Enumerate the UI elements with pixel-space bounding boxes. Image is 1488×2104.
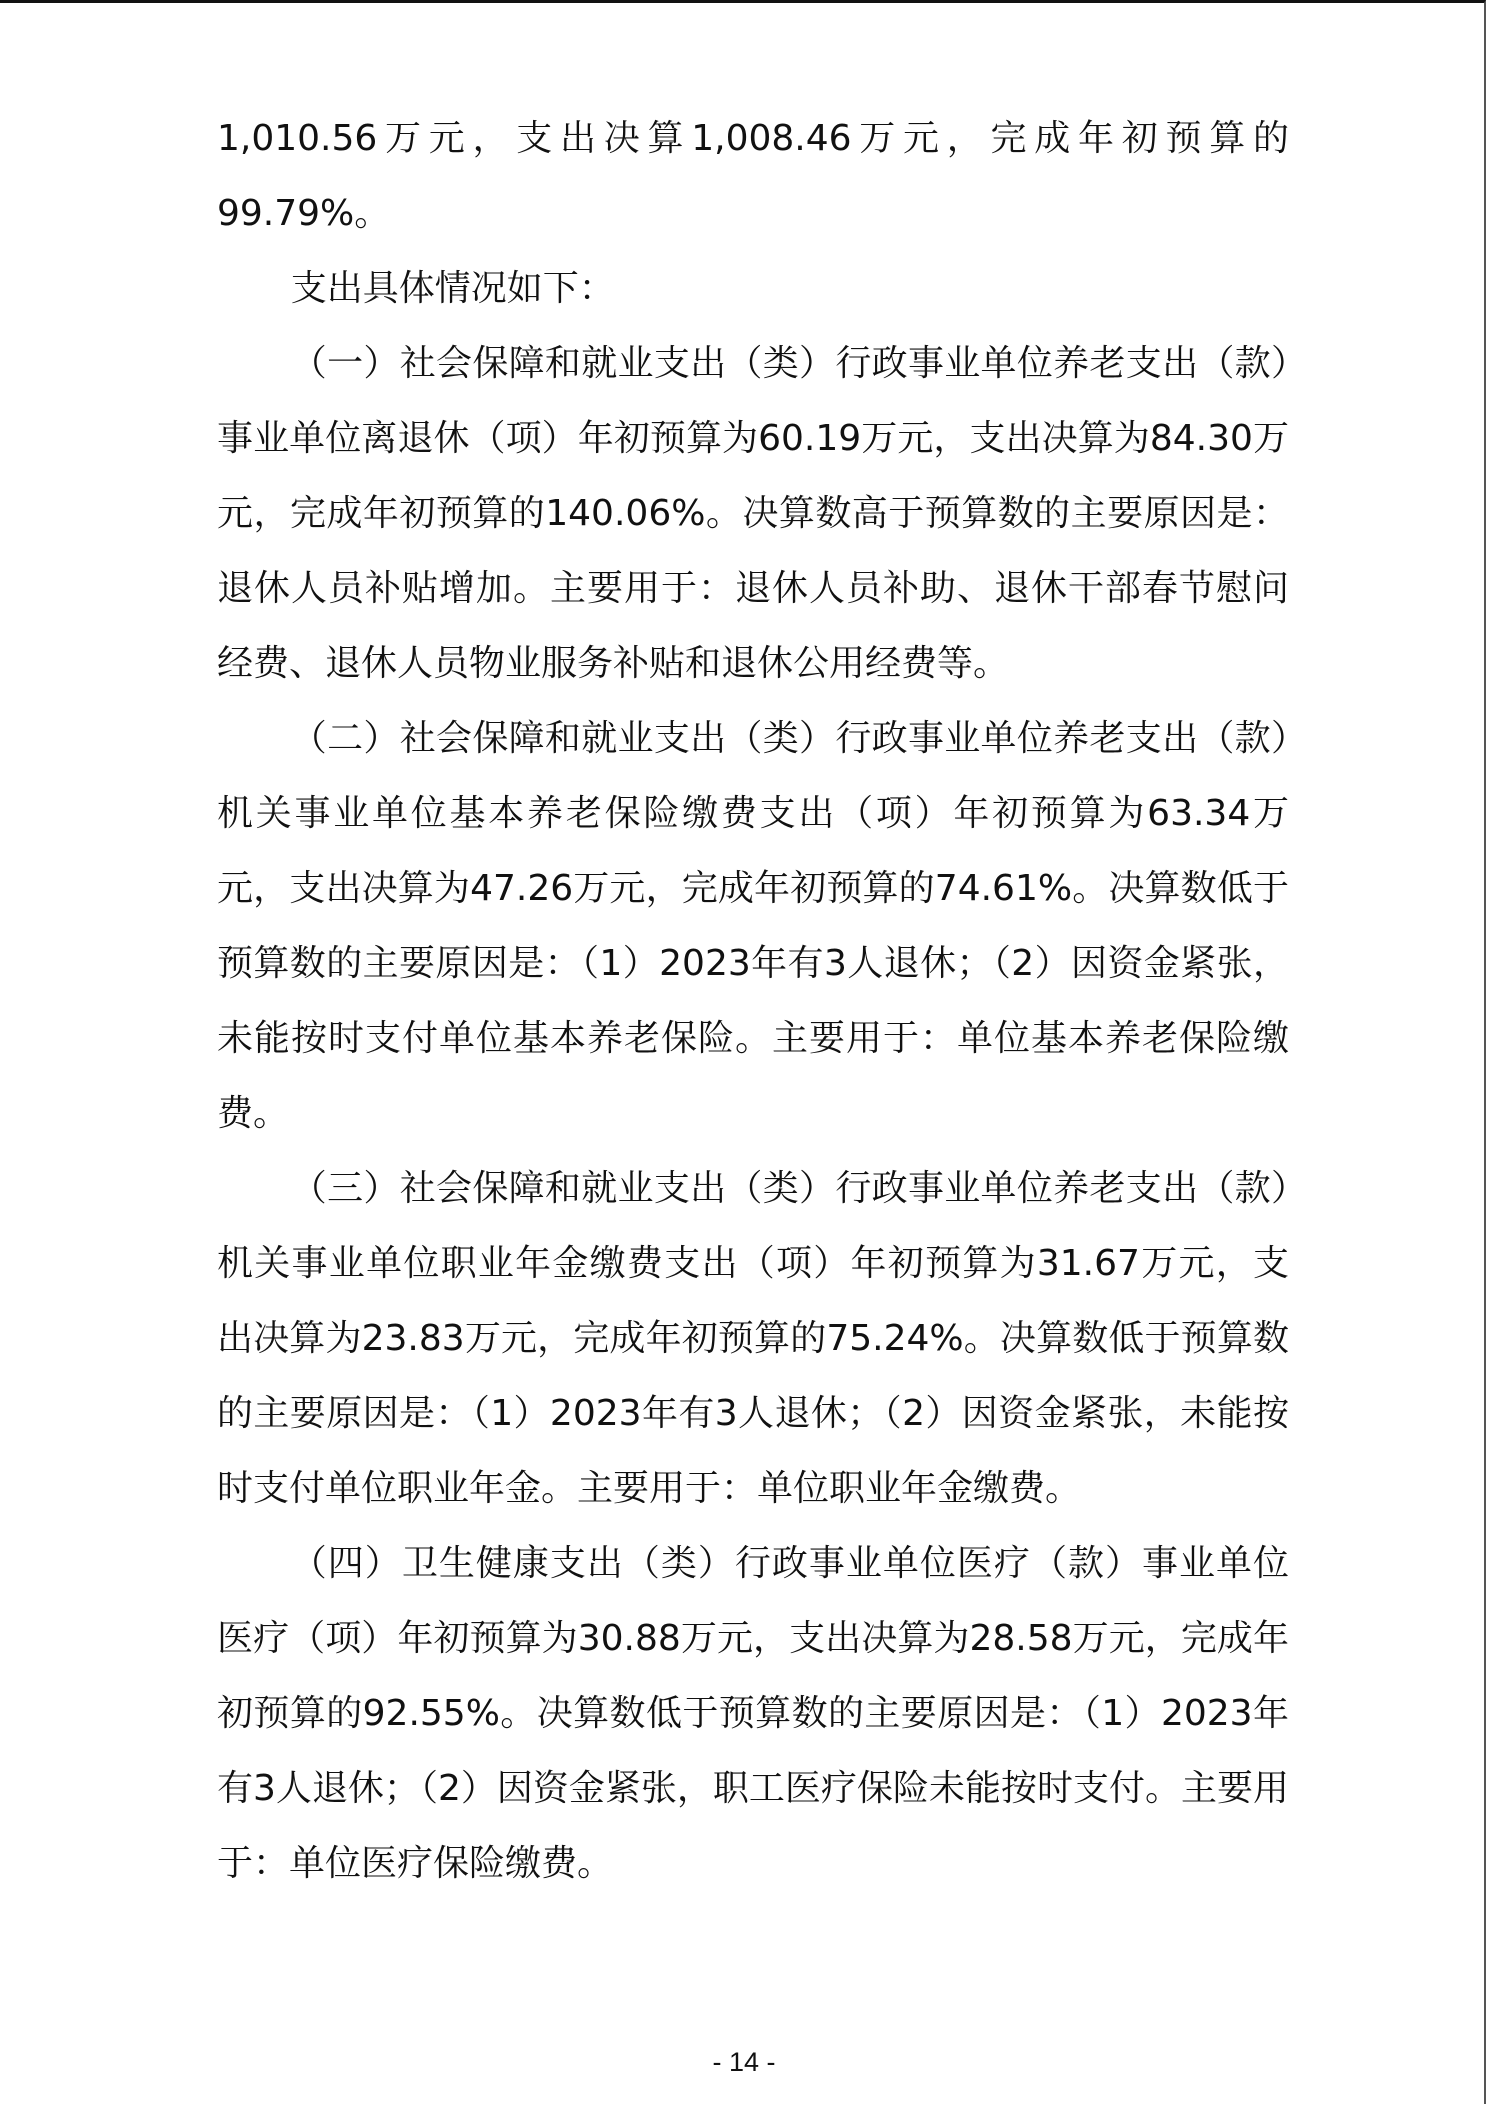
page-number: - 14 - — [0, 2047, 1488, 2078]
paragraph-item-2: （二）社会保障和就业支出（类）行政事业单位养老支出（款）机关事业单位基本养老保险… — [217, 701, 1289, 1151]
paragraph-item-1: （一）社会保障和就业支出（类）行政事业单位养老支出（款）事业单位离退休（项）年初… — [217, 326, 1289, 701]
paragraph-summary-continued: 1,010.56万元，支出决算1,008.46万元，完成年初预算的99.79%。 — [217, 101, 1289, 251]
paragraph-item-4: （四）卫生健康支出（类）行政事业单位医疗（款）事业单位医疗（项）年初预算为30.… — [217, 1526, 1289, 1901]
paragraph-intro: 支出具体情况如下： — [217, 251, 1289, 326]
document-page: 1,010.56万元，支出决算1,008.46万元，完成年初预算的99.79%。… — [0, 0, 1486, 2104]
paragraph-item-3: （三）社会保障和就业支出（类）行政事业单位养老支出（款）机关事业单位职业年金缴费… — [217, 1151, 1289, 1526]
body-text: 1,010.56万元，支出决算1,008.46万元，完成年初预算的99.79%。… — [217, 101, 1289, 1901]
